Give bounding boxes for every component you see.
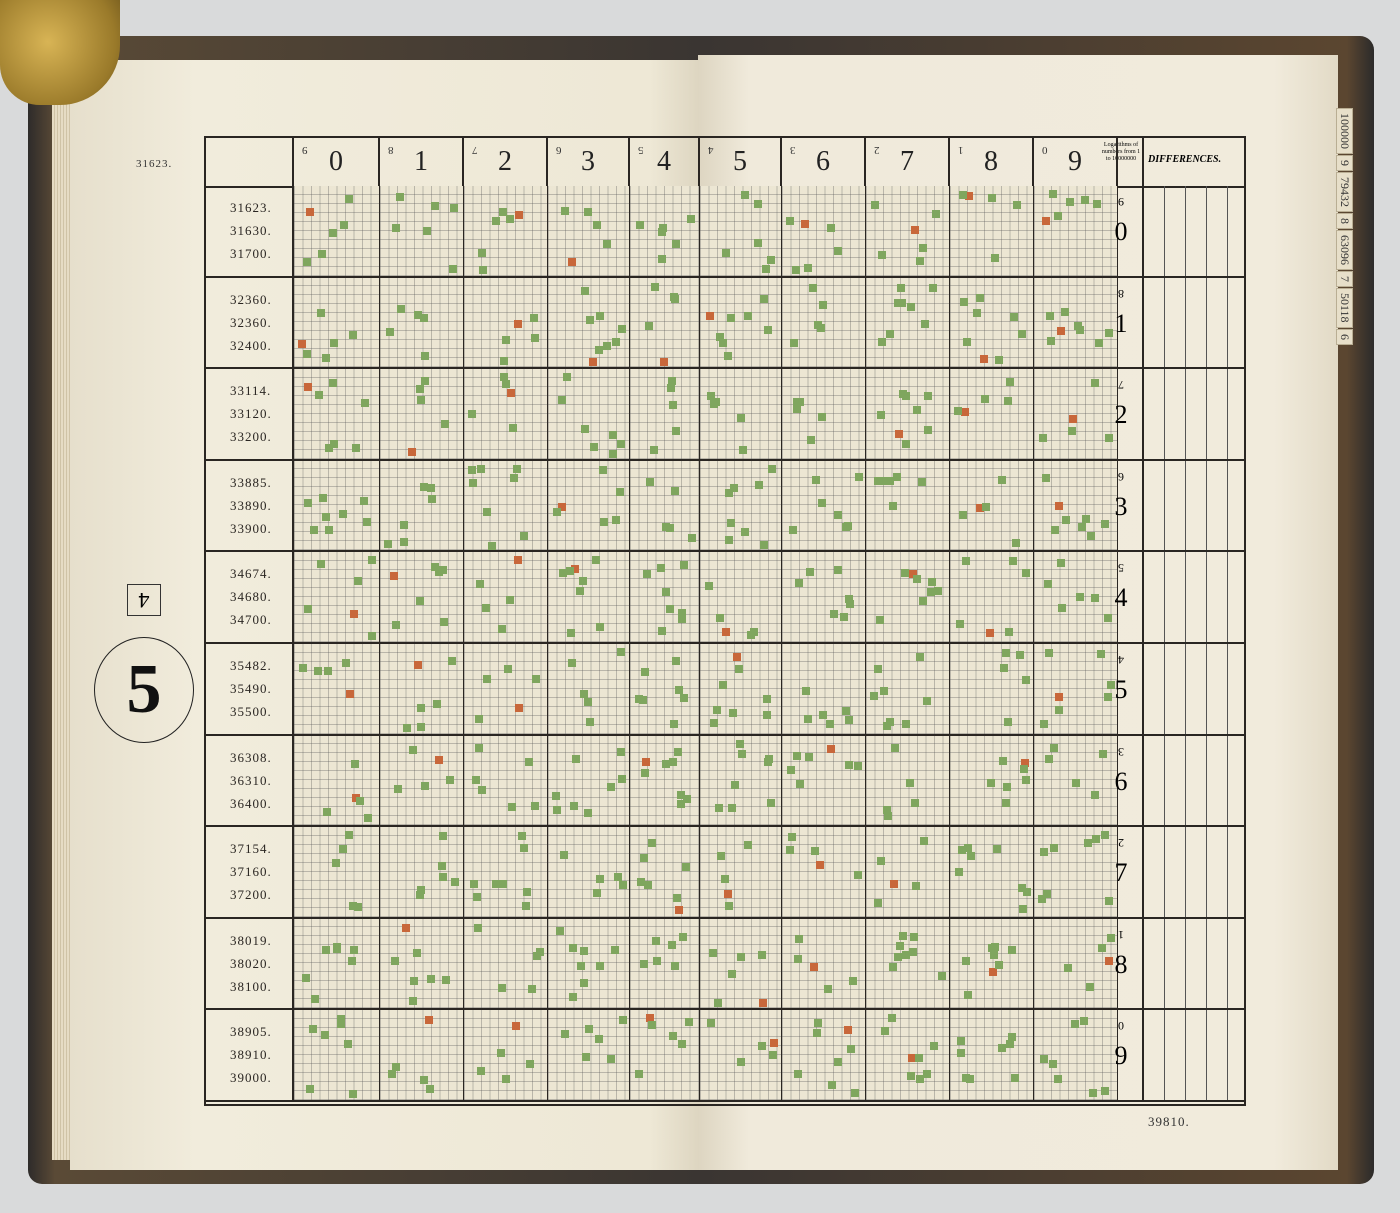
digit-grid-cell [782,278,866,370]
green-marker [899,390,907,398]
green-marker [1044,580,1052,588]
green-marker [409,997,417,1005]
digit-grid-cell [464,552,548,644]
digit-grid-cell [380,919,464,1011]
green-marker [522,902,530,910]
green-marker [640,960,648,968]
green-marker [469,479,477,487]
green-marker [619,1016,627,1024]
green-marker [306,1085,314,1093]
green-marker [1071,1020,1079,1028]
differences-cell [1144,827,1244,919]
green-marker [666,605,674,613]
log-digit: 4 [1100,583,1142,613]
digit-grid-cell [700,369,782,461]
digit-grid-cell [548,278,630,370]
green-marker [1042,474,1050,482]
green-marker [492,880,500,888]
green-marker [814,1019,822,1027]
green-marker [981,395,989,403]
green-marker [658,255,666,263]
green-marker [788,833,796,841]
green-marker [584,809,592,817]
green-marker [878,338,886,346]
green-marker [339,845,347,853]
green-marker [1081,196,1089,204]
green-marker [1074,322,1082,330]
green-marker [894,953,902,961]
green-marker [446,776,454,784]
green-marker [391,957,399,965]
green-marker [826,720,834,728]
green-marker [851,1089,859,1097]
digit-grid-cell [700,461,782,553]
green-marker [819,301,827,309]
digit-grid-cell [866,644,950,736]
digit-grid-cell [782,552,866,644]
column-header-8: 18 [950,138,1034,186]
row-label: 31630. [230,219,292,242]
green-marker [570,802,578,810]
digit-grid-cell [630,644,700,736]
digit-grid-cell [548,461,630,553]
green-marker [531,802,539,810]
green-marker [1054,212,1062,220]
green-marker [1010,313,1018,321]
green-marker [967,852,975,860]
green-marker [1061,308,1069,316]
green-marker [318,250,326,258]
differences-cell [1144,919,1244,1011]
green-marker [738,750,746,758]
green-marker [329,379,337,387]
green-marker [641,769,649,777]
green-marker [397,305,405,313]
digit-grid-cell [630,1010,700,1102]
digit-grid-cell [782,736,866,828]
green-marker [553,806,561,814]
green-marker [349,902,357,910]
green-marker [932,210,940,218]
header-corner [206,138,294,186]
column-digit: 5 [733,146,747,177]
row-label: 33114. [230,379,292,402]
digit-grid-cell [464,461,548,553]
green-marker [960,298,968,306]
thumb-tab[interactable]: 7 [1336,271,1353,287]
digit-grid-cell [782,827,866,919]
green-marker [913,575,921,583]
green-marker [488,542,496,550]
digit-grid-cell [380,644,464,736]
green-marker [520,532,528,540]
green-marker [722,249,730,257]
green-marker [818,413,826,421]
orange-marker [733,653,741,661]
green-marker [817,324,825,332]
digit-grid-cell [700,278,782,370]
green-marker [303,258,311,266]
green-marker [585,1025,593,1033]
column-digit: 9 [1068,146,1082,177]
green-marker [854,871,862,879]
green-marker [995,356,1003,364]
digit-grid-cell [548,186,630,278]
digit-grid-cell [700,919,782,1011]
green-marker [1006,1040,1014,1048]
digit-grid-cell [294,278,380,370]
green-marker [450,204,458,212]
green-marker [607,1055,615,1063]
orange-marker [810,963,818,971]
log-inverted-digit: 9 [1100,194,1142,209]
green-marker [915,1054,923,1062]
green-marker [790,339,798,347]
row-label: 31700. [230,242,292,265]
green-marker [441,420,449,428]
green-marker [1092,835,1100,843]
differences-header: DIFFERENCES. [1144,138,1244,186]
green-marker [451,878,459,886]
green-marker [523,888,531,896]
thumb-tab[interactable]: 79432 [1336,172,1353,212]
green-marker [609,450,617,458]
green-marker [928,578,936,586]
green-marker [962,1074,970,1082]
green-marker [595,1035,603,1043]
digit-grid-cell [630,827,700,919]
green-marker [880,687,888,695]
green-marker [705,582,713,590]
row-label-group: 38019.38020.38100. [206,919,294,1011]
digit-grid-cell [630,919,700,1011]
green-marker [1050,844,1058,852]
log-digit-cell: 36 [1100,736,1144,828]
green-marker [896,942,904,950]
digit-grid-cell [294,461,380,553]
green-marker [920,837,928,845]
thumb-tab[interactable]: 50118 [1336,288,1353,328]
digit-grid-cell [630,369,700,461]
row-label: 34680. [230,585,292,608]
green-marker [618,325,626,333]
green-marker [552,792,560,800]
green-marker [612,516,620,524]
green-marker [581,425,589,433]
circled-digit: 5 [94,637,194,743]
log-digit: 9 [1100,1041,1142,1071]
digit-grid-cell [548,919,630,1011]
green-marker [1002,799,1010,807]
green-marker [934,587,942,595]
green-marker [755,481,763,489]
green-marker [421,782,429,790]
column-header-9: 09 [1034,138,1118,186]
green-marker [909,948,917,956]
green-marker [737,1058,745,1066]
green-marker [754,200,762,208]
green-marker [302,974,310,982]
green-marker [506,596,514,604]
green-marker [618,775,626,783]
green-marker [874,665,882,673]
digit-grid-cell [782,1010,866,1102]
green-marker [731,781,739,789]
differences-cell [1144,644,1244,736]
green-marker [769,1051,777,1059]
row-label: 32360. [230,288,292,311]
green-marker [556,927,564,935]
green-marker [612,338,620,346]
page-bottom-number: 39810. [1148,1114,1190,1130]
digit-grid-cell [950,919,1034,1011]
digit-grid-cell [866,369,950,461]
green-marker [1076,593,1084,601]
orange-marker [515,211,523,219]
digit-grid-cell [700,827,782,919]
green-marker [673,894,681,902]
orange-marker [512,1022,520,1030]
differences-cell [1144,736,1244,828]
row-label: 36310. [230,769,292,792]
orange-marker [989,968,997,976]
digit-grid-cell [630,736,700,828]
green-marker [360,497,368,505]
thumb-tab[interactable]: 63096 [1336,230,1353,270]
thumb-tab[interactable]: 8 [1336,213,1353,229]
green-marker [710,719,718,727]
green-marker [304,499,312,507]
green-marker [569,944,577,952]
green-marker [687,215,695,223]
digit-grid-cell [380,278,464,370]
differences-cell [1144,461,1244,553]
green-marker [1039,434,1047,442]
digit-grid-cell [950,186,1034,278]
green-marker [417,723,425,731]
digit-grid-cell [294,827,380,919]
thumb-tab[interactable]: 6 [1336,329,1353,345]
thumb-index-tabs: 100000 9 79432 8 63096 7 50118 6 [1336,108,1356,346]
green-marker [652,937,660,945]
green-marker [580,947,588,955]
green-marker [475,744,483,752]
column-digit: 4 [657,146,671,177]
digit-grid-cell [700,736,782,828]
log-inverted-digit: 4 [1100,652,1142,667]
green-marker [572,755,580,763]
green-marker [871,201,879,209]
green-marker [576,587,584,595]
green-marker [924,426,932,434]
green-marker [482,604,490,612]
orange-marker [1069,415,1077,423]
row-label: 39000. [230,1066,292,1089]
green-marker [475,715,483,723]
green-marker [916,653,924,661]
green-marker [1040,848,1048,856]
orange-marker [350,610,358,618]
green-marker [498,625,506,633]
green-marker [502,336,510,344]
green-marker [553,508,561,516]
green-marker [1049,190,1057,198]
orange-marker [759,999,767,1007]
orange-marker [1055,502,1063,510]
green-marker [580,979,588,987]
orange-marker [514,556,522,564]
green-marker [483,675,491,683]
green-marker [1040,720,1048,728]
green-marker [400,521,408,529]
green-marker [394,785,402,793]
green-marker [792,266,800,274]
log-digit: 1 [1100,309,1142,339]
green-marker [416,597,424,605]
thumb-tab[interactable]: 100000 [1336,108,1353,154]
green-marker [677,791,685,799]
green-marker [767,256,775,264]
digit-grid-cell [548,369,630,461]
digit-grid-cell [950,369,1034,461]
green-marker [824,985,832,993]
green-marker [982,503,990,511]
green-marker [317,309,325,317]
green-marker [1066,198,1074,206]
green-marker [1045,755,1053,763]
green-marker [448,657,456,665]
green-marker [919,597,927,605]
green-marker [340,221,348,229]
digit-grid-cell [464,369,548,461]
green-marker [566,567,574,575]
log-digit-cell: 27 [1100,827,1144,919]
green-marker [1046,312,1054,320]
green-marker [309,1025,317,1033]
log-digit: 8 [1100,950,1142,980]
digit-grid-cell [294,186,380,278]
green-marker [560,851,568,859]
green-marker [760,541,768,549]
digit-grid-cell [950,1010,1034,1102]
green-marker [714,999,722,1007]
green-marker [1008,946,1016,954]
green-marker [923,1070,931,1078]
green-marker [669,758,677,766]
green-marker [438,862,446,870]
green-marker [845,595,853,603]
log-digit-cell: 18 [1100,919,1144,1011]
green-marker [912,882,920,890]
green-marker [421,352,429,360]
green-marker [906,779,914,787]
column-inverted-digit: 0 [1042,144,1048,156]
green-marker [671,487,679,495]
column-inverted-digit: 1 [958,144,964,156]
green-marker [322,946,330,954]
row-label-group: 32360.32360.32400. [206,278,294,370]
green-marker [1086,983,1094,991]
green-marker [921,320,929,328]
green-marker [392,621,400,629]
green-marker [889,502,897,510]
row-label: 35490. [230,677,292,700]
green-marker [682,863,690,871]
orange-marker [986,629,994,637]
row-label: 33120. [230,402,292,425]
row-label: 38019. [230,929,292,952]
thumb-tab[interactable]: 9 [1336,155,1353,171]
green-marker [918,478,926,486]
orange-marker [304,383,312,391]
green-marker [635,1070,643,1078]
row-label: 31623. [230,196,292,219]
digit-grid-cell [380,186,464,278]
green-marker [609,431,617,439]
differences-cell [1144,552,1244,644]
green-marker [607,783,615,791]
green-marker [964,991,972,999]
column-header-4: 54 [630,138,700,186]
digit-grid-cell [866,1010,950,1102]
green-marker [741,191,749,199]
digit-grid-cell [700,552,782,644]
green-marker [999,757,1007,765]
row-label: 38910. [230,1043,292,1066]
green-marker [884,812,892,820]
digit-grid-cell [464,186,548,278]
green-marker [363,518,371,526]
green-marker [957,1037,965,1045]
green-marker [449,265,457,273]
green-marker [644,881,652,889]
differences-cell [1144,1010,1244,1102]
table-header-row: Logarithms of numbers from 1 to 10000000… [206,138,1244,188]
green-marker [955,868,963,876]
green-marker [299,664,307,672]
green-marker [991,254,999,262]
green-marker [617,440,625,448]
orange-marker [408,448,416,456]
orange-marker [568,258,576,266]
digit-grid-cell [464,919,548,1011]
green-marker [333,945,341,953]
green-marker [728,804,736,812]
green-marker [674,748,682,756]
green-marker [473,893,481,901]
green-marker [1089,1089,1097,1097]
digit-grid-cell [548,736,630,828]
orange-marker [589,358,597,366]
green-marker [988,944,996,952]
green-marker [670,720,678,728]
green-marker [881,1027,889,1035]
green-marker [793,752,801,760]
digit-grid-cell [782,186,866,278]
green-marker [680,694,688,702]
green-marker [569,993,577,1001]
green-marker [317,560,325,568]
digit-grid-cell [866,736,950,828]
digit-grid-cell [548,644,630,736]
green-marker [392,1063,400,1071]
orange-marker [911,226,919,234]
row-label: 34700. [230,608,292,631]
column-digit: 7 [900,146,914,177]
green-marker [477,465,485,473]
green-marker [657,564,665,572]
green-marker [497,1049,505,1057]
